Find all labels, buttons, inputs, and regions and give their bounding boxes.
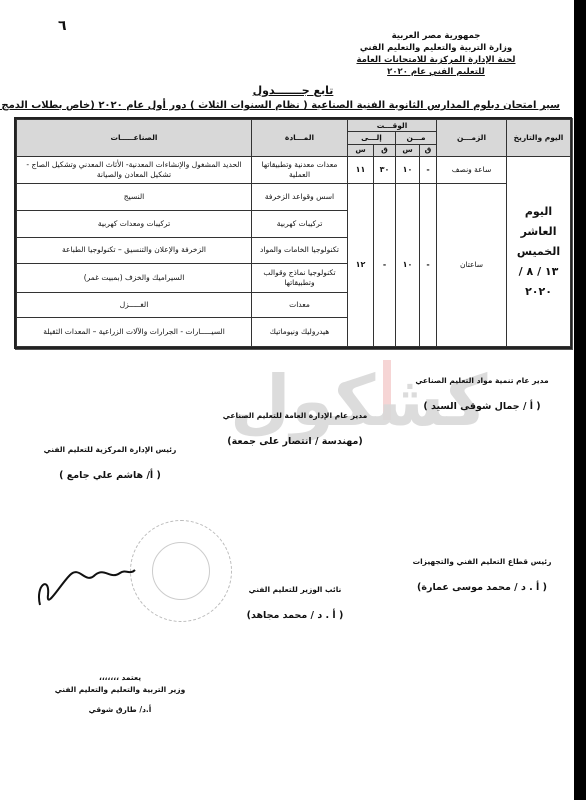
header-industries: الصناعـــــات [17,120,252,157]
signatory-title: رئيس الإدارة المركزية للتعليم الفني [25,444,195,456]
day-name: اليوم العاشر [509,202,568,242]
table-row: ساعتان - ١٠ - ١٢ اسس وقواعد الزخرفة النس… [17,183,571,210]
table-subtitle: سير امتحان دبلوم المدارس الثانوية الفنية… [20,100,560,111]
signature-block: رئيس قطاع التعليم الفني والتجهيزات ( أ .… [392,556,572,594]
industries-cell: الغـــــزل [17,293,252,318]
signatory-title: مدير عام تنمية مواد التعليم الصناعي [392,375,572,387]
subject-cell: معدات معدنية وتطبيقاتها العملية [252,157,348,184]
day-date-cell: اليوم العاشر الخميس ١٣ / ٨ / ٢٠٢٠ [507,157,571,347]
subject-cell: تكنولوجيا الخامات والمواد [252,237,348,264]
from-minutes: - [420,157,437,184]
signatory-title: نائب الوزير للتعليم الفني [205,584,385,596]
subject-cell: تركيبات كهربية [252,210,348,237]
to-hours: ١٢ [348,183,374,346]
signatory-title: رئيس قطاع التعليم الفني والتجهيزات [392,556,572,568]
header-subject: المـــادة [252,120,348,157]
header-duration: الزمـــن [437,120,507,157]
eagle-emblem-icon [152,542,210,600]
subject-cell: هيدروليك ونيوماتيك [252,318,348,347]
table-row: اليوم العاشر الخميس ١٣ / ٨ / ٢٠٢٠ ساعة و… [17,157,571,184]
signatory-name: ( أ/ هاشم علي جامع ) [25,470,195,482]
approval-name: أ.د/ طارق شوقي [30,704,210,716]
subject-cell: تكنولوجيا نماذج وقوالب وتطبيقاتها [252,264,348,293]
from-hours: ١٠ [396,183,420,346]
header-from: مـــن [396,132,437,144]
signatory-name: (مهندسة / انتصار على جمعة) [205,436,385,448]
signature-block: نائب الوزير للتعليم الفني ( أ . د / محمد… [205,584,385,622]
signature-block: مدير عام تنمية مواد التعليم الصناعي ( أ … [392,375,572,413]
exam-date: ١٣ / ٨ / ٢٠٢٠ [509,262,568,302]
signature-block: رئيس الإدارة المركزية للتعليم الفني ( أ/… [25,444,195,482]
approval-title: وزير التربية والتعليم والتعليم الفني [30,684,210,696]
to-hours: ١١ [348,157,374,184]
header-from-minutes: ق [420,144,437,156]
subject-cell: معدات [252,293,348,318]
header-time: الوقـــت [348,120,437,132]
from-minutes: - [420,183,437,346]
ministry-header: جمهورية مصر العربية وزارة التربية والتعل… [346,30,526,78]
industries-cell: تركيبات ومعدات كهربية [17,210,252,237]
subject-cell: اسس وقواعد الزخرفة [252,183,348,210]
header-line: جمهورية مصر العربية [346,30,526,42]
duration-cell: ساعتان [437,183,507,346]
page-number: ٦ [58,18,67,34]
weekday: الخميس [509,242,568,262]
header-day-date: اليوم والتاريخ [507,120,571,157]
exam-schedule-table: اليوم والتاريخ الزمـــن الوقـــت المـــا… [14,117,572,349]
signatory-title: مدير عام الإدارة العامة للتعليم الصناعي [205,410,385,422]
header-line: لجنة الإدارة المركزية للامتحانات العامة [346,54,526,66]
to-minutes: - [374,183,396,346]
header-to-minutes: ق [374,144,396,156]
industries-cell: النسيج [17,183,252,210]
industries-cell: الزخرفة والإعلان والتنسيق – تكنولوجيا ال… [17,237,252,264]
header-to: إلـــى [348,132,396,144]
signatory-name: ( أ . د / محمد موسى عمارة) [392,582,572,594]
header-from-hours: س [396,144,420,156]
page-border [574,0,586,800]
header-line: للتعليم الفني عام ٢٠٢٠ [346,66,526,78]
industries-cell: الحديد المشغول والإنشاءات المعدنية- الأث… [17,157,252,184]
to-minutes: ٣٠ [374,157,396,184]
signatory-name: ( أ . د / محمد مجاهد) [205,610,385,622]
duration-cell: ساعة ونصف [437,157,507,184]
industries-cell: السيـــــارات - الجرارات والآلات الزراعي… [17,318,252,347]
handwritten-signature-icon [30,545,140,615]
signatory-name: ( أ / جمال شوقى السيد ) [392,401,572,413]
table-title: تابع جـــــــدول [0,84,586,97]
signature-block: مدير عام الإدارة العامة للتعليم الصناعي … [205,410,385,448]
from-hours: ١٠ [396,157,420,184]
industries-cell: السيراميك والخزف (بمبيت غمر) [17,264,252,293]
header-to-hours: س [348,144,374,156]
header-line: وزارة التربية والتعليم والتعليم الفني [346,42,526,54]
approval-block: يعتمد ،،،،،،، وزير التربية والتعليم والت… [30,672,210,716]
approval-label: يعتمد ،،،،،،، [30,672,210,684]
